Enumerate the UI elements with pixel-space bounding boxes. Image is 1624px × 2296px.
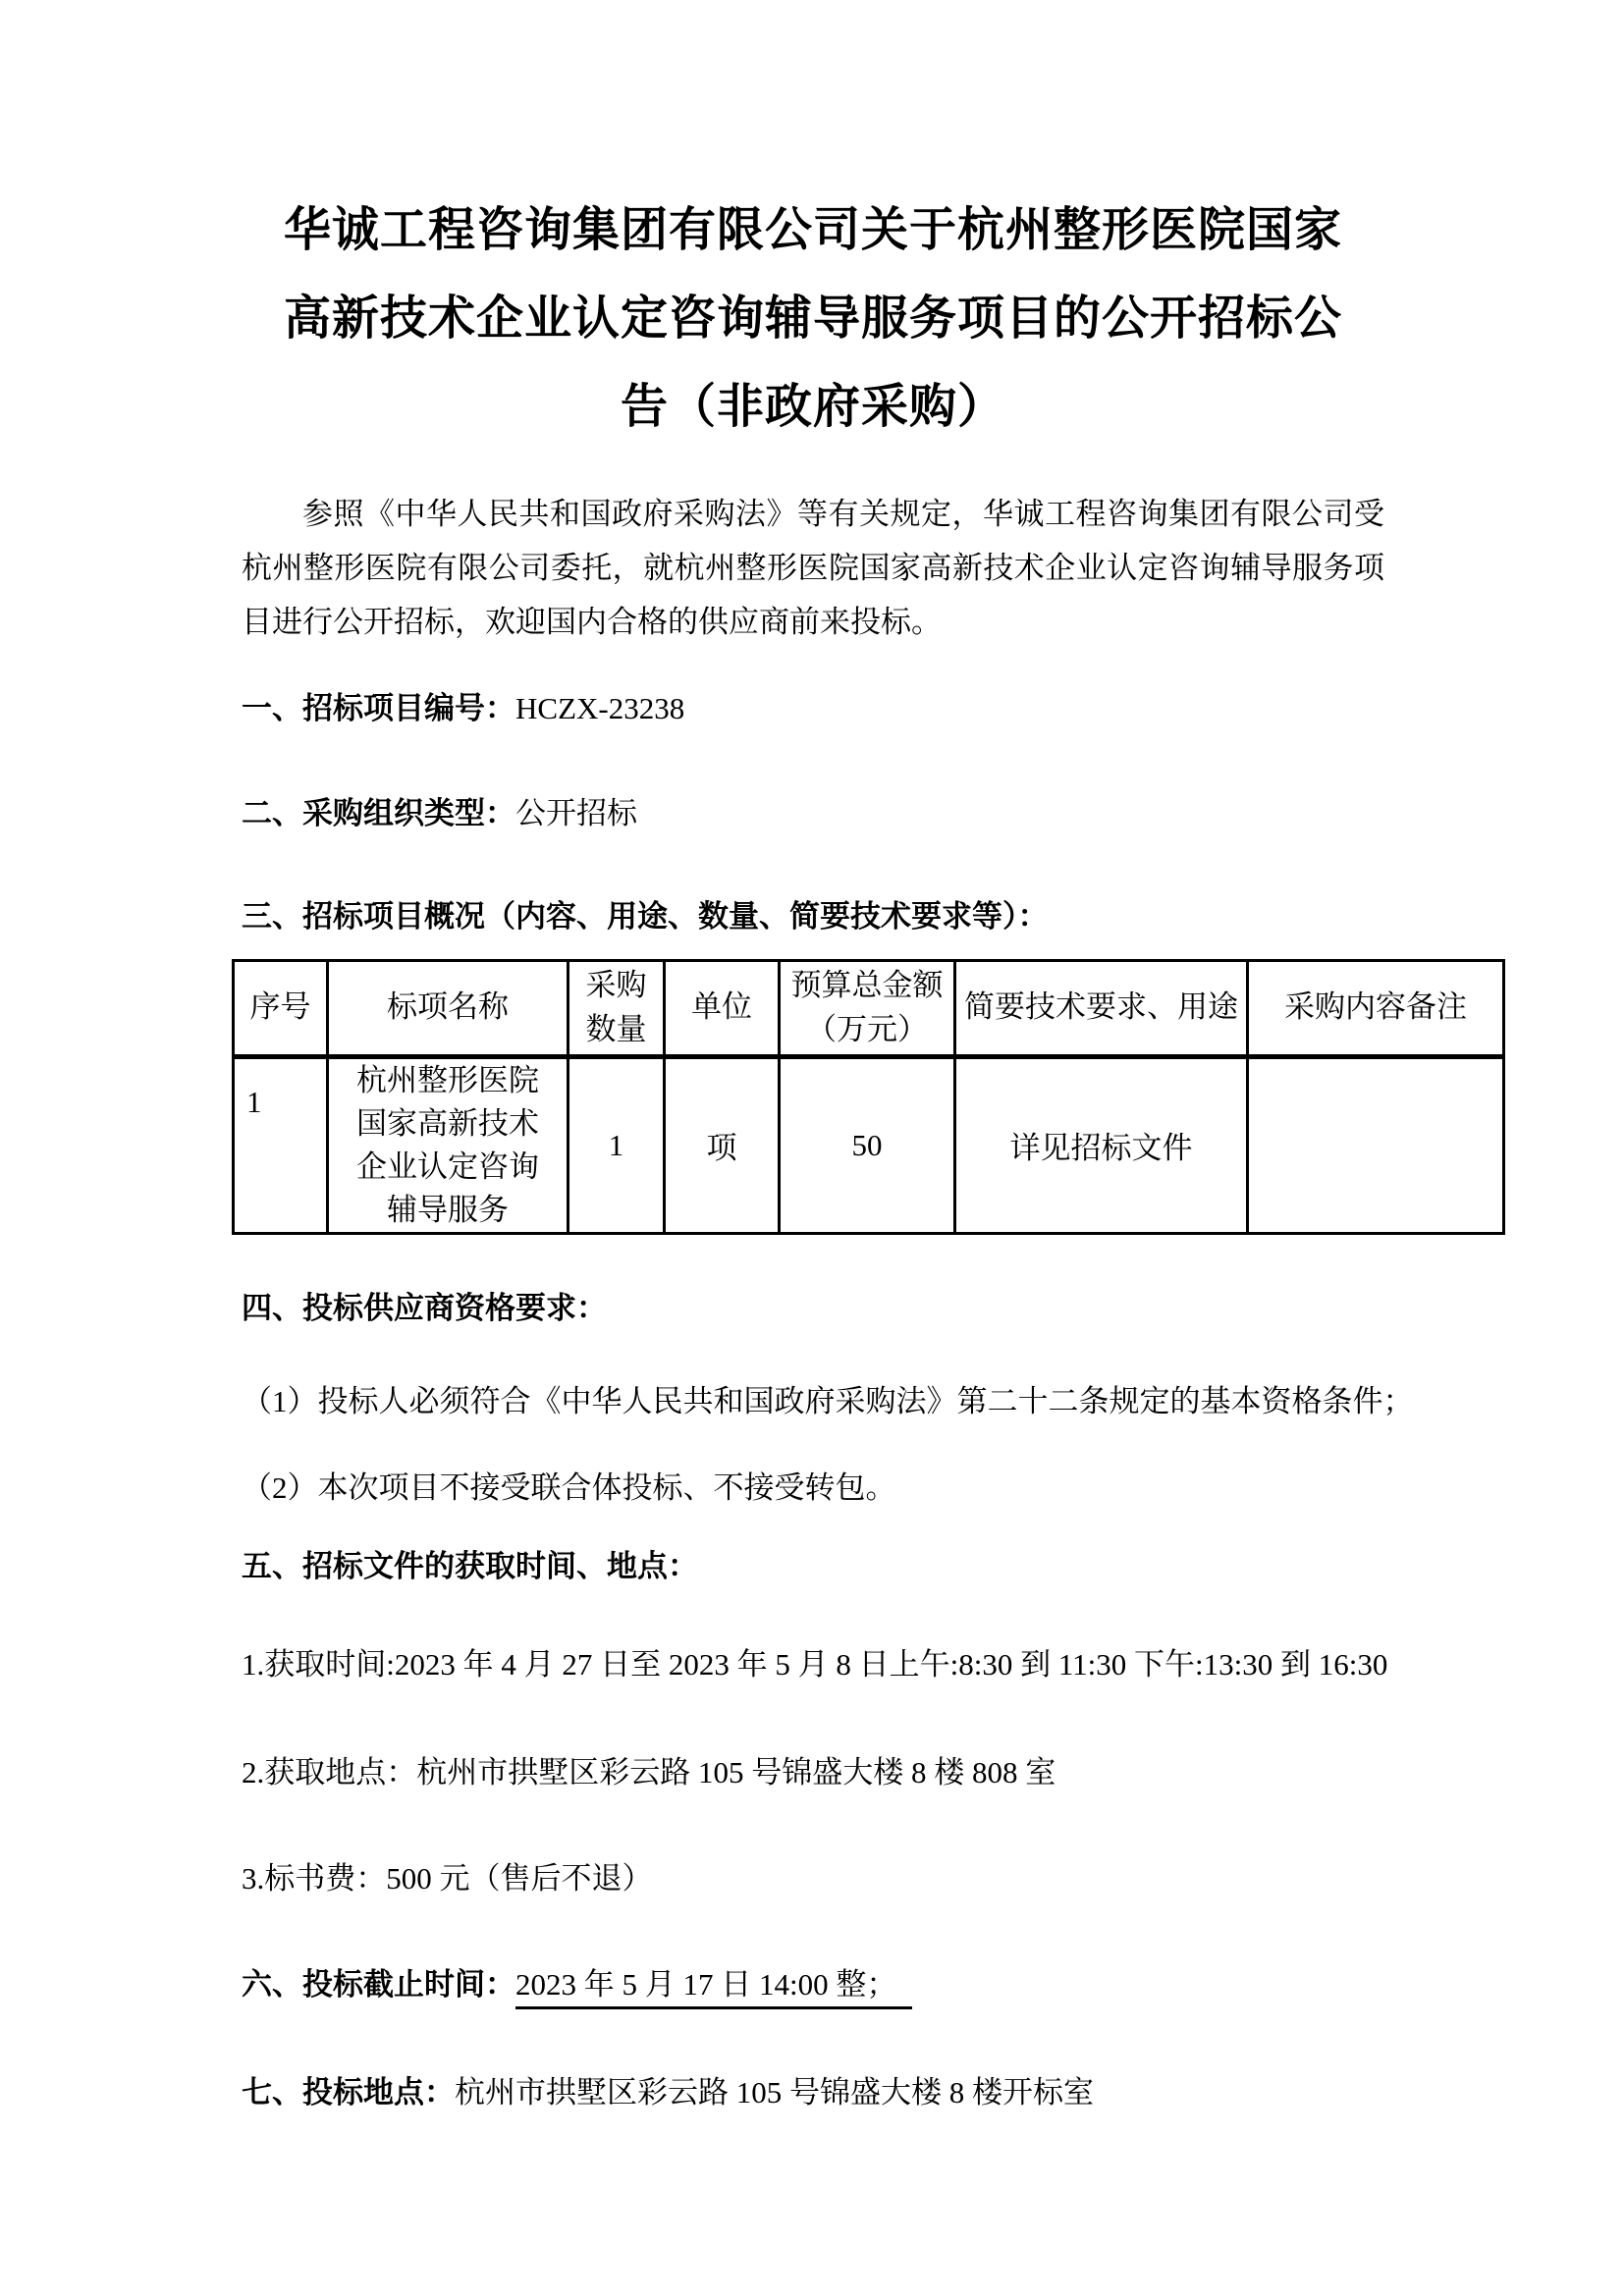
- header-budget: 预算总金额（万元）: [780, 961, 955, 1057]
- section-project-overview: 三、招标项目概况（内容、用途、数量、简要技术要求等）：: [242, 896, 1384, 937]
- cell-remarks: [1248, 1056, 1504, 1233]
- cell-unit: 项: [665, 1056, 780, 1233]
- section-bidder-qualifications: 四、投标供应商资格要求：: [242, 1288, 1384, 1329]
- document-fee-item: 3.标书费：500 元（售后不退）: [242, 1858, 1384, 1899]
- header-qty: 采购数量: [568, 961, 665, 1057]
- section-document-acquisition: 五、招标文件的获取时间、地点：: [242, 1546, 1384, 1587]
- acquisition-time-item: 1.获取时间:2023 年 4 月 27 日至 2023 年 5 月 8 日上午…: [242, 1644, 1384, 1685]
- cell-budget: 50: [780, 1056, 955, 1233]
- section-bid-location-label: 七、投标地点：: [242, 2075, 455, 2109]
- header-seq: 序号: [234, 961, 328, 1057]
- page-title: 华诚工程咨询集团有限公司关于杭州整形医院国家 高新技术企业认定咨询辅导服务项目的…: [242, 187, 1384, 452]
- bid-items-table: 序号 标项名称 采购数量 单位 预算总金额（万元） 简要技术要求、用途 采购内容…: [232, 959, 1505, 1235]
- cell-item-name: 杭州整形医院国家高新技术企业认定咨询辅导服务: [328, 1056, 568, 1233]
- procurement-type-value: 公开招标: [515, 796, 637, 830]
- bid-deadline-value: 2023 年 5 月 17 日 14:00 整；: [515, 1967, 912, 2009]
- section-procurement-type-label: 二、采购组织类型：: [242, 796, 515, 830]
- project-number-value: HCZX-23238: [515, 691, 684, 725]
- section-bid-deadline: 六、投标截止时间：2023 年 5 月 17 日 14:00 整；: [242, 1964, 1384, 2005]
- section-bidder-qualifications-label: 四、投标供应商资格要求：: [242, 1291, 607, 1325]
- section-bid-deadline-label: 六、投标截止时间：: [242, 1967, 515, 2002]
- section-procurement-type: 二、采购组织类型：公开招标: [242, 793, 1384, 834]
- cell-seq: 1: [234, 1056, 328, 1233]
- bid-location-value: 杭州市拱墅区彩云路 105 号锦盛大楼 8 楼开标室: [455, 2075, 1094, 2109]
- table-header-row: 序号 标项名称 采购数量 单位 预算总金额（万元） 简要技术要求、用途 采购内容…: [234, 961, 1504, 1057]
- header-remarks: 采购内容备注: [1248, 961, 1504, 1057]
- qualification-item-1: （1）投标人必须符合《中华人民共和国政府采购法》第二十二条规定的基本资格条件；: [242, 1381, 1384, 1422]
- cell-qty: 1: [568, 1056, 665, 1233]
- section-document-acquisition-label: 五、招标文件的获取时间、地点：: [242, 1549, 698, 1583]
- acquisition-place-item: 2.获取地点：杭州市拱墅区彩云路 105 号锦盛大楼 8 楼 808 室: [242, 1752, 1384, 1793]
- header-tech-requirements: 简要技术要求、用途: [955, 961, 1248, 1057]
- title-line-2: 高新技术企业认定咨询辅导服务项目的公开招标公: [242, 275, 1384, 363]
- cell-tech-requirements: 详见招标文件: [955, 1056, 1248, 1233]
- section-project-number-label: 一、招标项目编号：: [242, 691, 515, 725]
- section-bid-location: 七、投标地点：杭州市拱墅区彩云路 105 号锦盛大楼 8 楼开标室: [242, 2072, 1384, 2113]
- table-row: 1 杭州整形医院国家高新技术企业认定咨询辅导服务 1 项 50 详见招标文件: [234, 1056, 1504, 1233]
- header-item-name: 标项名称: [328, 961, 568, 1057]
- title-line-1: 华诚工程咨询集团有限公司关于杭州整形医院国家: [242, 187, 1384, 275]
- title-line-3: 告（非政府采购）: [242, 363, 1384, 452]
- document-page: 华诚工程咨询集团有限公司关于杭州整形医院国家 高新技术企业认定咨询辅导服务项目的…: [0, 0, 1624, 2296]
- header-unit: 单位: [665, 961, 780, 1057]
- section-project-overview-label: 三、招标项目概况（内容、用途、数量、简要技术要求等）：: [242, 899, 1049, 934]
- intro-paragraph: 参照《中华人民共和国政府采购法》等有关规定，华诚工程咨询集团有限公司受杭州整形医…: [242, 487, 1384, 649]
- section-project-number: 一、招标项目编号：HCZX-23238: [242, 688, 1384, 729]
- qualification-item-2: （2）本次项目不接受联合体投标、不接受转包。: [242, 1468, 1384, 1509]
